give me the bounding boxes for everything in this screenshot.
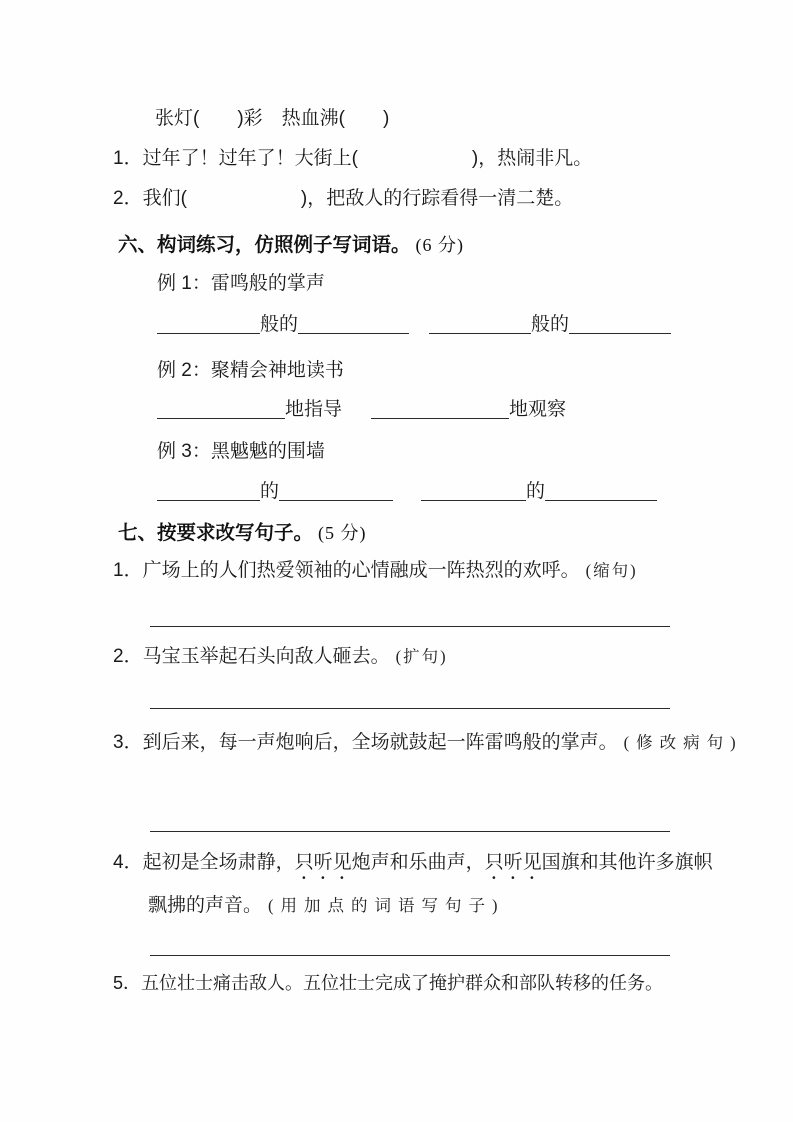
answer-blank (421, 480, 526, 501)
section-seven-title: 七、按要求改写句子。 (118, 522, 313, 544)
question-3-hint: (修改病句) (624, 733, 743, 752)
question-2-text: 2．马宝玉举起石头向敌人砸去。 (113, 646, 390, 667)
fill-word: 地指导 (285, 399, 342, 420)
fill-word: 的 (260, 481, 279, 502)
answer-blank (157, 398, 285, 419)
question-1-text: 1．广场上的人们热爱领袖的心情融成一阵热烈的欢呼。 (113, 560, 580, 581)
question-5: 5．五位壮士痛击敌人。五位壮士完成了掩护群众和部队转移的任务。 (113, 963, 663, 1003)
answer-blank (279, 480, 393, 501)
fill-word: 般的 (260, 314, 298, 335)
question-4-text-a: 4．起初是全场肃静， (113, 852, 295, 873)
answer-blank (157, 313, 260, 334)
section-six-title: 六、构词练习，仿照例子写词语。 (118, 234, 411, 256)
question-2: 2．马宝玉举起石头向敌人砸去。(扩句) (113, 637, 448, 677)
fill-sentence-2: 2．我们( )，把敌人的行踪看得一清二楚。 (113, 186, 573, 212)
column-gap (409, 320, 429, 330)
fill-word: 地观察 (509, 399, 566, 420)
section-seven-heading: 七、按要求改写句子。(5 分) (118, 520, 367, 547)
answer-blank (371, 398, 509, 419)
example-3-fill-row: 的的 (157, 479, 657, 505)
question-1: 1．广场上的人们热爱领袖的心情融成一阵热烈的欢呼。(缩句) (113, 551, 638, 591)
question-4: 4．起初是全场肃静，只听见炮声和乐曲声，只听见国旗和其他许多旗帜飘拂的声音。(用… (113, 841, 718, 927)
question-3-text: 3．到后来，每一声炮响后，全场就鼓起一阵雷鸣般的掌声。 (113, 732, 618, 753)
fill-word: 的 (526, 481, 545, 502)
answer-blank (157, 480, 260, 501)
word-completion-line: 张灯( )彩 热血沸( ) (155, 106, 389, 132)
question-4-hint: (用加点的词语写句子) (268, 896, 505, 915)
example-2-fill-row: 地指导地观察 (157, 397, 566, 423)
answer-blank (545, 480, 657, 501)
worksheet-page: 张灯( )彩 热血沸( ) 1．过年了！过年了！大街上( )，热闹非凡。 2．我… (0, 0, 793, 1122)
column-gap (342, 405, 371, 415)
question-3: 3．到后来，每一声炮响后，全场就鼓起一阵雷鸣般的掌声。(修改病句) (113, 723, 743, 762)
answer-blank (429, 313, 531, 334)
example-3-label: 例 3：黑魆魆的围墙 (157, 439, 325, 465)
example-1-label: 例 1：雷鸣般的掌声 (157, 271, 325, 297)
question-4-emphasized-b: 只听见 (485, 852, 542, 873)
section-seven-score: (5 分) (318, 523, 367, 543)
answer-line (150, 708, 670, 709)
section-six-heading: 六、构词练习，仿照例子写词语。(6 分) (118, 232, 464, 259)
answer-line (150, 831, 670, 832)
question-2-hint: (扩句) (396, 647, 448, 666)
column-gap (393, 487, 421, 497)
question-4-text-b: 炮声和乐曲声， (352, 852, 485, 873)
question-1-hint: (缩句) (586, 561, 638, 580)
question-4-emphasized-a: 只听见 (295, 852, 352, 873)
section-six-score: (6 分) (416, 235, 465, 255)
answer-line (150, 955, 670, 956)
answer-line (150, 626, 670, 627)
fill-word: 般的 (531, 314, 569, 335)
question-5-text: 5．五位壮士痛击敌人。五位壮士完成了掩护群众和部队转移的任务。 (113, 973, 663, 993)
answer-blank (569, 313, 671, 334)
example-1-fill-row: 般的般的 (157, 312, 671, 338)
example-2-label: 例 2：聚精会神地读书 (157, 358, 344, 384)
answer-blank (298, 313, 409, 334)
fill-sentence-1: 1．过年了！过年了！大街上( )，热闹非凡。 (113, 146, 592, 172)
